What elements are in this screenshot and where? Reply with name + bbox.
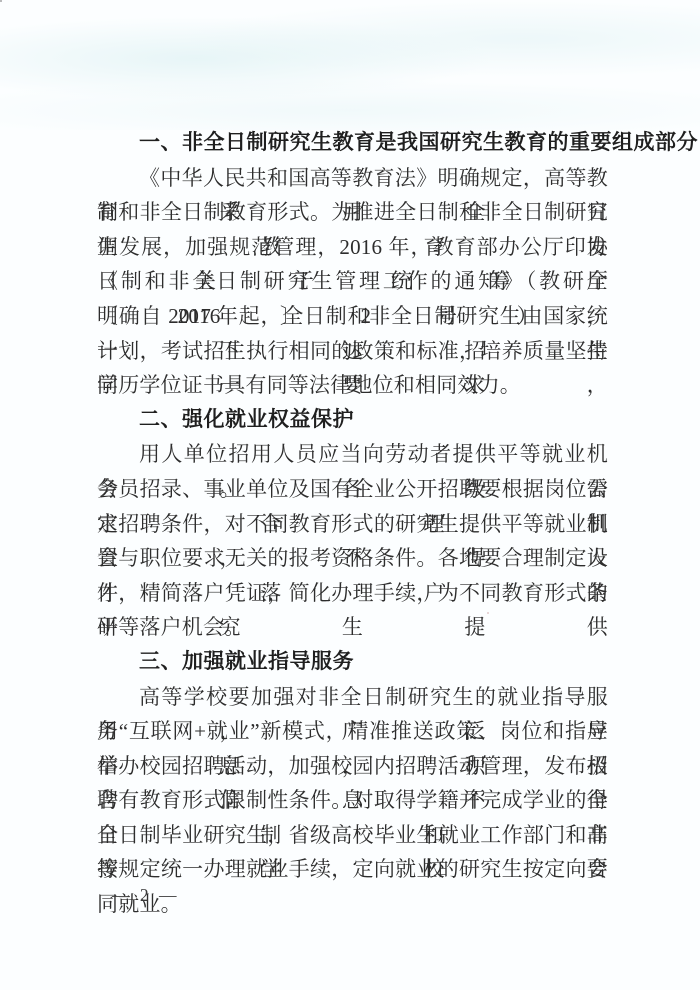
section-3-heading: 三、加强就业指导服务 bbox=[97, 645, 608, 680]
scan-specks bbox=[0, 0, 2, 2]
section-3-line-1: 高等学校要加强对非全日制研究生的就业指导服务，广泛应 bbox=[97, 680, 608, 715]
scan-noise-wash bbox=[0, 0, 700, 130]
section-2-line-4: 置与职位要求无关的报考资格条件。各地要合理制定人才落户条 bbox=[97, 541, 608, 576]
section-1-line-6: 计划，考试招生执行相同的政策和标准，培养质量坚持同一要求， bbox=[97, 334, 608, 369]
section-2-line-5: 件，精简落户凭证，简化办理手续，为不同教育形式的研究生提供 bbox=[97, 576, 608, 611]
section-1-line-3: 调发展，加强规范管理，2016 年，教育部办公厅印发《关于统筹全 bbox=[97, 230, 608, 265]
section-1-line-4: 日制和非全日制研究生管理工作的通知》（教研厅〔2016〕2 号）， bbox=[97, 264, 608, 299]
document-page: 一、非全日制研究生教育是我国研究生教育的重要组成部分 《中华人民共和国高等教育法… bbox=[0, 0, 700, 990]
section-1-line-2: 制和非全日制教育形式。为推进全日制和非全日制研究生教育协 bbox=[97, 195, 608, 230]
section-3-line-5: 全日制毕业研究生，省级高校毕业生就业工作部门和高等学校要 bbox=[97, 818, 608, 853]
section-2-heading: 二、强化就业权益保护 bbox=[97, 403, 608, 438]
section-3-line-3: 举办校园招聘活动，加强校园内招聘活动管理，发布招聘信息不得 bbox=[97, 749, 608, 784]
page-number: — 2 — bbox=[112, 885, 180, 906]
section-2-line-1: 用人单位招用人员应当向劳动者提供平等就业机会。各级公 bbox=[97, 437, 608, 472]
section-3-line-4: 含有教育形式限制性条件。对取得学籍并完成学业的全日制和非 bbox=[97, 783, 608, 818]
section-1-heading: 一、非全日制研究生教育是我国研究生教育的重要组成部分 bbox=[97, 126, 608, 161]
document-body: 一、非全日制研究生教育是我国研究生教育的重要组成部分 《中华人民共和国高等教育法… bbox=[97, 126, 608, 887]
section-2-line-3: 定招聘条件，对不同教育形式的研究生提供平等就业机会，不得设 bbox=[97, 507, 608, 542]
section-1-line-5: 明确自 2017 年起，全日制和非全日制研究生由国家统一下达招生 bbox=[97, 299, 608, 334]
section-1-line-1: 《中华人民共和国高等教育法》明确规定，高等教育采用全日 bbox=[97, 161, 608, 196]
section-3-line-6: 按规定统一办理就业手续，定向就业的研究生按定向合同就业。 bbox=[97, 852, 608, 887]
section-3-line-2: 用“互联网+就业”新模式，精准推送政策、岗位和指导信息，积极 bbox=[97, 714, 608, 749]
section-2-line-2: 务员招录、事业单位及国有企业公开招聘要根据岗位需求合理制 bbox=[97, 472, 608, 507]
